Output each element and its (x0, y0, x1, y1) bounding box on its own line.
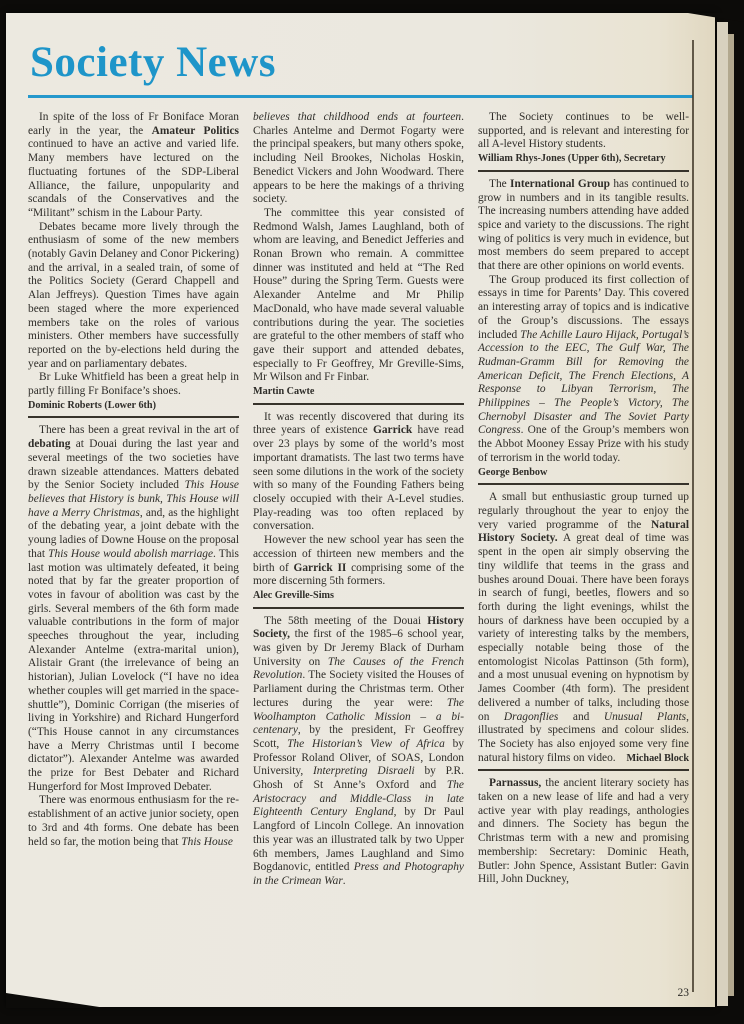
page-stack-edge (728, 34, 734, 996)
paragraph: Br Luke Whitfield has been a great help … (28, 371, 239, 398)
text-run: This House (181, 836, 233, 848)
text-run: There has been a great revival in the ar… (39, 424, 239, 436)
page-title: Society News (30, 41, 715, 84)
article-columns: In spite of the loss of Fr Boniface Mora… (28, 111, 715, 995)
section-divider (253, 607, 464, 609)
text-run: A great deal of time was spent in the op… (478, 532, 689, 722)
text-run: International Group (510, 178, 610, 190)
paragraph: The committee this year consisted of Red… (253, 207, 464, 385)
text-run: Amateur Politics (152, 125, 239, 137)
author-byline: George Benbow (478, 466, 689, 480)
text-run: Garrick II (294, 562, 347, 574)
author-byline: Martin Cawte (253, 385, 464, 399)
text-run: The 58th meeting of the Douai (264, 615, 427, 627)
paragraph: Parnassus, the ancient literary society … (478, 777, 689, 887)
page-number: 23 (678, 987, 690, 999)
text-run: Dragonflies (504, 711, 558, 723)
author-byline: Alec Greville-Sims (253, 589, 464, 603)
paragraph: The Society continues to be well-support… (478, 111, 689, 152)
text-run: the ancient literary society has taken o… (478, 777, 689, 885)
text-run: The Society continues to be well-support… (478, 111, 689, 150)
text-run: and (558, 711, 604, 723)
text-run: . This last motion was ultimately defeat… (28, 548, 239, 793)
section-divider (28, 416, 239, 418)
paragraph: Debates became more lively through the e… (28, 221, 239, 372)
text-run: believes that childhood ends at fourteen (253, 111, 461, 123)
text-run: Br Luke Whitfield has been a great help … (28, 371, 239, 397)
text-run: The Achille Lauro Hijack, Portugal’s Acc… (478, 329, 689, 437)
paragraph: There has been a great revival in the ar… (28, 424, 239, 794)
text-run: Interpreting Disraeli (313, 765, 415, 777)
paragraph: A small but enthusiastic group turned up… (478, 491, 689, 765)
text-run: Parnassus, (489, 777, 541, 789)
section-divider (478, 483, 689, 485)
text-column-1: In spite of the loss of Fr Boniface Mora… (28, 111, 239, 995)
paragraph: However the new school year has seen the… (253, 534, 464, 589)
text-run: debating (28, 438, 70, 450)
paragraph: There was enormous enthusiasm for the re… (28, 794, 239, 849)
text-run: This House would abolish marriage (48, 548, 213, 560)
section-divider (478, 170, 689, 172)
page-stack-edge (717, 22, 728, 1006)
text-run: . Charles Antelme and Dermot Fogarty wer… (253, 111, 464, 205)
paragraph: believes that childhood ends at fourteen… (253, 111, 464, 207)
text-column-2: believes that childhood ends at fourteen… (253, 111, 464, 995)
text-run: continued to have an active and varied l… (28, 138, 239, 219)
scan-shadow-corner (6, 993, 106, 1008)
text-run: The (489, 178, 510, 190)
paragraph: The International Group has continued to… (478, 178, 689, 274)
text-run: The Historian’s View of Africa (287, 738, 445, 750)
gutter-crease-line (692, 40, 694, 992)
masthead-rule (28, 95, 693, 98)
author-byline: Dominic Roberts (Lower 6th) (28, 399, 239, 413)
text-run: has continued to grow in numbers and in … (478, 178, 689, 272)
paragraph: The Group produced its first collection … (478, 274, 689, 466)
text-run: Debates became more lively through the e… (28, 221, 239, 370)
section-divider (253, 403, 464, 405)
text-column-3: The Society continues to be well-support… (478, 111, 689, 995)
text-run: Unusual Plants (604, 711, 686, 723)
text-run: The committee this year consisted of Red… (253, 207, 464, 383)
scan-shadow-corner (688, 13, 744, 22)
section-divider (478, 769, 689, 771)
scanned-page: Society News In spite of the loss of Fr … (6, 13, 715, 1007)
paragraph: In spite of the loss of Fr Boniface Mora… (28, 111, 239, 221)
text-run: Garrick (373, 424, 412, 436)
paragraph: It was recently discovered that during i… (253, 411, 464, 534)
text-run: . (343, 875, 346, 887)
text-run: have read over 23 plays by some of the w… (253, 424, 464, 532)
paragraph: The 58th meeting of the Douai History So… (253, 615, 464, 889)
author-byline: William Rhys-Jones (Upper 6th), Secretar… (478, 152, 689, 166)
